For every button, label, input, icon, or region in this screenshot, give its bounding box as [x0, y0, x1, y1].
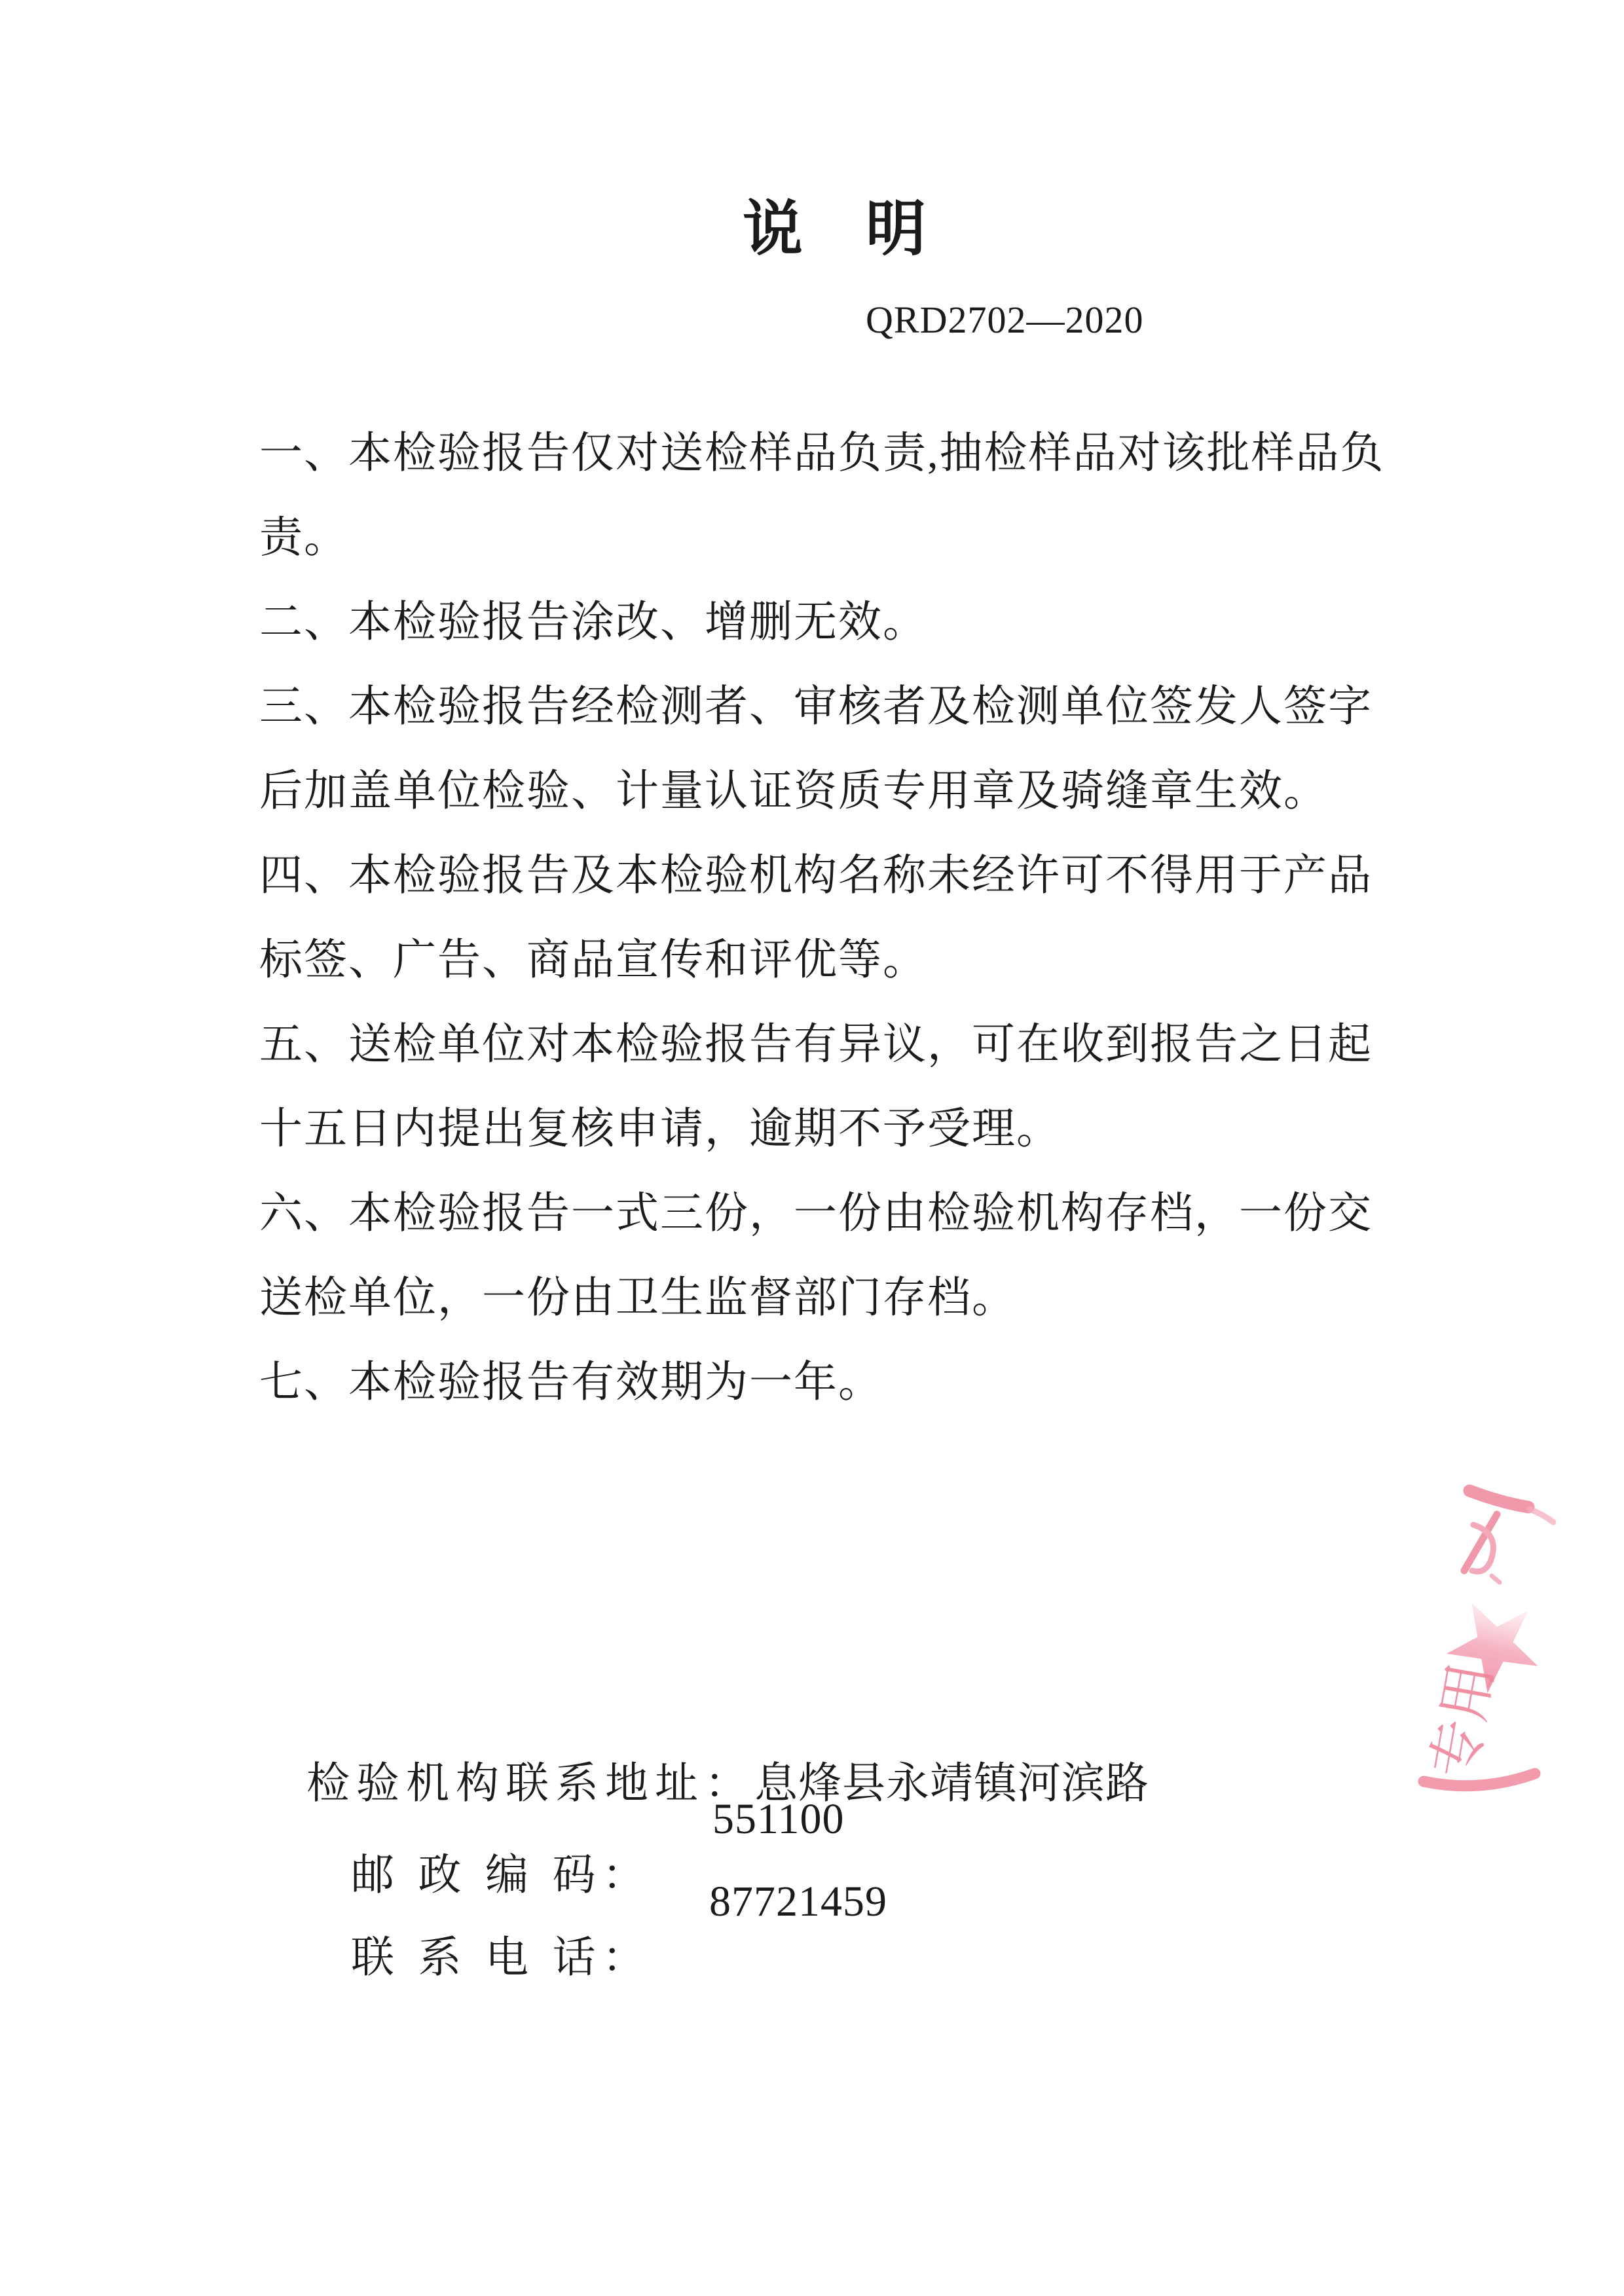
seal-character-fragment-shape	[1464, 1514, 1500, 1582]
contact-phone-value: 87721459	[709, 1874, 887, 1930]
note-line: 一、本检验报告仅对送检样品负责,抽检样品对该批样品负	[259, 411, 1399, 496]
note-line: 责。	[259, 496, 1399, 580]
contact-phone-row: 联 系 电 话： 87721459	[308, 1874, 1225, 1930]
scanned-report-notes-page: 说 明 QRD2702—2020 一、本检验报告仅对送检样品负责,抽检样品对该批…	[0, 0, 1624, 2296]
note-line: 二、本检验报告涂改、增删无效。	[259, 580, 1399, 665]
contact-phone-label: 联 系 电 话：	[351, 1934, 652, 1982]
doc-code: QRD2702—2020	[866, 300, 1143, 340]
note-line: 标签、广告、商品宣传和评优等。	[259, 918, 1399, 1002]
seal-text: 专用	[1422, 1658, 1505, 1783]
note-line: 七、本检验报告有效期为一年。	[259, 1340, 1399, 1425]
note-line: 后加盖单位检验、计量认证资质专用章及骑缝章生效。	[259, 749, 1399, 833]
page-title: 说 明	[0, 198, 1624, 261]
note-line: 五、送检单位对本检验报告有异议，可在收到报告之日起	[259, 1002, 1399, 1087]
seal-stamp-graphic: 专用	[1401, 1463, 1624, 1797]
contact-postal-row: 邮 政 编 码： 551100	[308, 1791, 1225, 1848]
contact-postal-value: 551100	[712, 1791, 845, 1848]
note-line: 送检单位，一份由卫生监督部门存档。	[259, 1256, 1399, 1340]
note-line: 六、本检验报告一式三份，一份由检验机构存档，一份交	[259, 1171, 1399, 1256]
note-line: 四、本检验报告及本检验机构名称未经许可不得用于产品	[259, 833, 1399, 918]
notes-block: 一、本检验报告仅对送检样品负责,抽检样品对该批样品负 责。 二、本检验报告涂改、…	[259, 411, 1399, 1425]
partial-seal-stamp: 专用	[1401, 1463, 1624, 1797]
note-line: 三、本检验报告经检测者、审核者及检测单位签发人签字	[259, 665, 1399, 749]
seal-top-arc-shape	[1469, 1491, 1553, 1522]
note-line: 十五日内提出复核申请，逾期不予受理。	[259, 1087, 1399, 1171]
seal-text-glyphs: 专用	[1422, 1658, 1505, 1783]
contact-address-row: 检验机构联系地址：息烽县永靖镇河滨路	[261, 1700, 1149, 1756]
